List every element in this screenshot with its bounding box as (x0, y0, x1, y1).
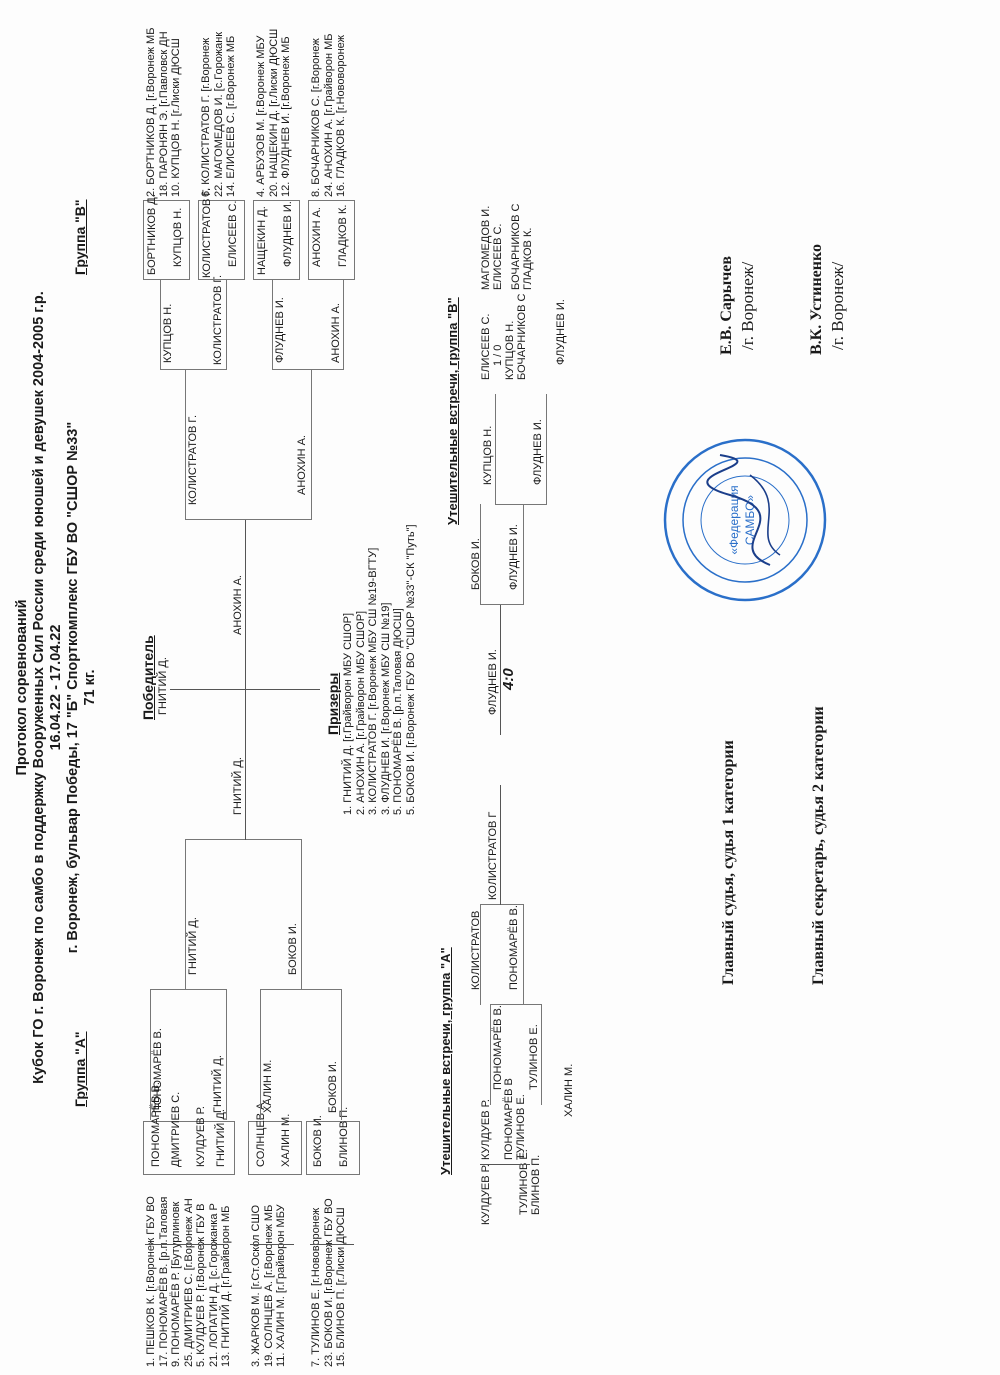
group-a-r2-2: ГНИТИЙ Д. (212, 1055, 224, 1113)
prize-entry: 3. КОЛИСТРАТОВ Г. [г.Воронеж МБУ СШ №19-… (367, 524, 380, 815)
group-b-r2-1: КУПЦОВ Н. (162, 304, 174, 363)
cons-b-r3-1: КУПЦОВ Н. (482, 426, 494, 485)
group-b-title: Группа "В" (72, 199, 88, 275)
cons-a-name: БЛИНОВ П. (530, 1149, 542, 1215)
prizes-list: 1. ГНИТИЙ Д. [г.Грайворон МБУ СШОР] 2. А… (342, 524, 417, 815)
seed-entry: 4. АРБУЗОВ М. [г.Воронеж МБУ (255, 29, 268, 197)
group-b-final: АНОХИН А. (232, 575, 244, 635)
seed-entry: 25. ДМИТРИЕВ С. [г.Воронеж АН (183, 1196, 196, 1367)
seed-entry: 8. БОЧАРНИКОВ С. [г.Воронеж (310, 34, 323, 197)
secretary-role: Главный секретарь, судья 2 категории (810, 706, 828, 985)
cons-b-r2-5: ФЛУДНЕВ И. (555, 299, 567, 365)
group-b-r1-7: АНОХИН А. (311, 207, 323, 267)
seed-entry: 6. КОЛИСТРАТОВ Г. [г.Воронеж (200, 32, 213, 197)
seed-entry: 9. ПОНОМАРЁВ Р. [Бутурлиновк (170, 1196, 183, 1367)
document-dates: 16.04.22 - 17.04.22 (48, 0, 65, 1375)
cons-b-name: ГЛАДКОВ К. (522, 204, 534, 290)
seed-entry: 18. ПАРОНЯН Э. [г.Павловск ДН (158, 28, 171, 197)
group-a-r2-3: ХАЛИН М. (262, 1060, 274, 1113)
cons-b-result: 1 / 0 (492, 294, 504, 380)
group-b-r2-4: АНОХИН А. (330, 303, 342, 363)
group-b-pool-3: 4. АРБУЗОВ М. [г.Воронеж МБУ 20. НАЩЕКИН… (255, 29, 293, 197)
secretary-city: /г. Воронеж/ (828, 262, 848, 350)
cons-b-name: МАГОМЕДОВ И. (480, 204, 492, 290)
winner-name: ГНИТИЙ Д. (157, 657, 169, 715)
cons-a-r4-2: ПОНОМАРЁВ В. (508, 905, 520, 990)
seed-entry: 24. АНОХИН А. [г.Грайворон МБ (323, 34, 336, 197)
seed-entry: 10. КУПЦОВ Н. [г.Лиски ДЮСШ (170, 28, 183, 197)
seed-entry: 13. ГНИТИЙ Д. [г.Грайворон МБ (220, 1196, 233, 1367)
prize-entry: 2. АНОХИН А. [г.Грайворон МБУ СШОР] (355, 524, 368, 815)
group-b-r1-2: КУПЦОВ Н. (172, 208, 184, 267)
group-b-r1-8: ГЛАДКОВ К. (337, 205, 349, 267)
group-a-final: ГНИТИЙ Д. (232, 757, 244, 815)
prize-entry: 5. БОКОВ И. [г.Воронеж ГБУ ВО "СШОР №33"… (405, 524, 418, 815)
seed-entry: 1. ПЕШКОВ К. [г.Воронеж ГБУ ВО (145, 1196, 158, 1367)
prize-entry: 5. ПОНОМАРЁВ В. [р.п.Таловая ДЮСШ] (392, 524, 405, 815)
document-subtitle: Кубок ГО г. Воронеж по самбо в поддержку… (31, 0, 48, 1375)
cons-b-r2: ЕЛИСЕЕВ С. 1 / 0 КУПЦОВ Н. БОЧАРНИКОВ С (480, 294, 528, 380)
seed-entry: 14. ЕЛИСЕЕВ С. [г.Воронеж МБ (225, 32, 238, 197)
cons-a-r3-2: ТУЛИНОВ Е. (528, 1024, 540, 1090)
document-title: Протокол соревнований (14, 0, 31, 1375)
seed-entry: 17. ПОНОМАРЁВ В. [р.п.Таловая (158, 1196, 171, 1367)
group-a-r2-1: ПОНОМАРЁВ В. (152, 1028, 164, 1113)
seed-entry: 21. ЛОПАТИН Д. [с.Горожанка Р (208, 1196, 221, 1367)
group-b-pool-2: 6. КОЛИСТРАТОВ Г. [г.Воронеж 22. МАГОМЕД… (200, 32, 238, 197)
cons-b-name: БОЧАРНИКОВ С (516, 294, 528, 380)
group-a-r3-2: БОКОВ И. (287, 923, 299, 975)
seed-entry: 19. СОЛНЦЕВ А. [г.Воронеж МБ (263, 1204, 276, 1367)
group-a-pool-2: 3. ЖАРКОВ М. [г.Ст.Оскол СШО 19. СОЛНЦЕВ… (250, 1204, 288, 1367)
protocol-sheet: Протокол соревнований Кубок ГО г. Вороне… (0, 0, 1000, 1375)
group-a-r2-4: БОКОВ И. (327, 1061, 339, 1113)
group-a-r1-6: ХАЛИН М. (280, 1114, 292, 1167)
group-b-r3-2: АНОХИН А. (296, 435, 308, 495)
group-b-r1-6: ФЛУДНЕВ И. (282, 201, 294, 267)
prize-entry: 1. ГНИТИЙ Д. [г.Грайворон МБУ СШОР] (342, 524, 355, 815)
seed-entry: 12. ФЛУДНЕВ И. [г.Воронеж МБ (280, 29, 293, 197)
seed-entry: 5. КУЛДУЕВ Р. [г.Воронеж ГБУ В (195, 1196, 208, 1367)
secretary-name: В.К. Устиненко (808, 244, 826, 355)
cons-b-score: 4:0 (500, 668, 517, 690)
consolation-b-title: Утешительные встречи, группа "В" (445, 297, 460, 525)
seed-entry: 23. БОКОВ И. [г.Воронеж ГБУ ВО (323, 1198, 336, 1367)
cons-b-name: БОЧАРНИКОВ С (510, 204, 522, 290)
judge-city: /г. Воронеж/ (738, 262, 758, 350)
group-a-pool-3: 7. ТУЛИНОВ Е. [г.Нововоронеж 23. БОКОВ И… (310, 1198, 348, 1367)
group-b-r2-2: КОЛИСТРАТОВ Г. (212, 275, 224, 365)
seed-entry: 22. МАГОМЕДОВ И. [с.Горожанк (213, 32, 226, 197)
seed-entry: 15. БЛИНОВ П. [г.Лиски ДЮСШ (335, 1198, 348, 1367)
winner-label: Победитель (140, 635, 156, 720)
cons-b-r4-1: БОКОВ И. (470, 538, 482, 590)
cons-a-r3-1: ПОНОМАРЁВ В. (492, 1005, 504, 1090)
cons-a-r2-4: ХАЛИН М. (563, 1064, 575, 1117)
group-a-pool-1: 1. ПЕШКОВ К. [г.Воронеж ГБУ ВО 17. ПОНОМ… (145, 1196, 233, 1367)
group-a-r1-7: БОКОВ И. (312, 1115, 324, 1167)
group-b-r3-1: КОЛИСТРАТОВ Г. (187, 415, 199, 505)
group-a-r3-1: ГНИТИЙ Д. (187, 917, 199, 975)
group-b-r1-3: КОЛИСТРАТОВ Г. (201, 188, 213, 278)
cons-b-name: ЕЛИСЕЕВ С. (480, 294, 492, 380)
judge-role: Главный судья, судья 1 категории (720, 740, 738, 985)
cons-a-final: КОЛИСТРАТОВ Г (487, 812, 499, 900)
cons-a-r2-1: КУЛДУЕВ Р. (480, 1099, 492, 1160)
consolation-a-title: Утешительные встречи, группа "А" (438, 947, 453, 1175)
seed-entry: 16. ГЛАДКОВ К. [г.Нововоронеж (335, 34, 348, 197)
cons-a-r1-1: КУЛДУЕВ Р. (480, 1164, 492, 1225)
group-b-r1-5: НАЩЕКИН Д. (256, 206, 268, 275)
federation-stamp-icon: «Федерация САМБО» (660, 435, 830, 605)
cons-b-r1: МАГОМЕДОВ И. ЕЛИСЕЕВ С. БОЧАРНИКОВ С ГЛА… (480, 204, 534, 290)
cons-b-name: КУПЦОВ Н. (504, 294, 516, 380)
cons-b-name: ЕЛИСЕЕВ С. (492, 204, 504, 290)
group-b-r1-4: ЕЛИСЕЕВ С. (227, 201, 239, 267)
group-b-r1-1: БОРТНИКОВ Д. (146, 194, 158, 275)
group-b-pool-4: 8. БОЧАРНИКОВ С. [г.Воронеж 24. АНОХИН А… (310, 34, 348, 197)
seed-entry: 7. ТУЛИНОВ Е. [г.Нововоронеж (310, 1198, 323, 1367)
group-b-pool-1: 2. БОРТНИКОВ Д. [г.Воронеж МБ 18. ПАРОНЯ… (145, 28, 183, 197)
cons-a-r4-1: КОЛИСТРАТОВ (470, 911, 482, 990)
seed-entry: 3. ЖАРКОВ М. [г.Ст.Оскол СШО (250, 1204, 263, 1367)
prize-entry: 3. ФЛУДНЕВ И. [г.Воронеж МБУ СШ №19] (380, 524, 393, 815)
judge-name: Е.В. Сарычев (718, 256, 736, 355)
seed-entry: 2. БОРТНИКОВ Д. [г.Воронеж МБ (145, 28, 158, 197)
prizes-label: Призеры (325, 673, 341, 735)
cons-b-final: ФЛУДНЕВ И. (487, 649, 499, 715)
cons-b-r4-2: ФЛУДНЕВ И. (508, 524, 520, 590)
seed-entry: 11. ХАЛИН М. [г.Грайворон МБУ (275, 1204, 288, 1367)
group-b-r2-3: ФЛУДНЕВ И. (274, 297, 286, 363)
seed-entry: 20. НАЩЕКИН Д. [г.Лиски ДЮСШ (268, 29, 281, 197)
group-a-title: Группа "А" (72, 1031, 88, 1107)
cons-b-r3-2: ФЛУДНЕВ И. (532, 419, 544, 485)
